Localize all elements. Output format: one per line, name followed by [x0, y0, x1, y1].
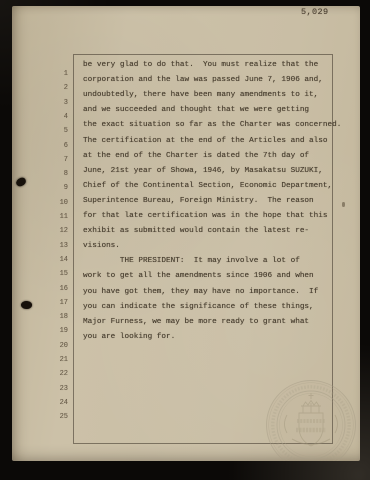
typed-text-line: Chief of the Continental Section, Econom…	[83, 182, 332, 191]
typed-text-line: undoubtedly, there have been many amendm…	[83, 91, 318, 100]
line-number: 10	[40, 199, 68, 207]
line-number: 17	[40, 299, 68, 307]
line-number: 7	[40, 156, 68, 164]
line-number: 5	[40, 127, 68, 135]
line-number: 6	[40, 142, 68, 150]
line-number: 22	[40, 370, 68, 378]
typed-text-line: at the end of the Charter is dated the 7…	[83, 152, 309, 161]
typed-text-line: work to get all the amendments since 190…	[83, 272, 314, 281]
line-number: 3	[40, 99, 68, 107]
binder-hole	[15, 177, 27, 188]
line-number: 23	[40, 385, 68, 393]
line-number: 14	[40, 256, 68, 264]
line-number: 8	[40, 170, 68, 178]
line-number: 19	[40, 327, 68, 335]
line-number: 1	[40, 70, 68, 78]
ink-speck	[342, 202, 345, 207]
line-number: 9	[40, 184, 68, 192]
line-number: 20	[40, 342, 68, 350]
typed-text-line: the exact situation so far as the Charte…	[83, 121, 341, 130]
line-number: 15	[40, 270, 68, 278]
typed-text-line: you can indicate the significance of the…	[83, 303, 314, 312]
line-number: 13	[40, 242, 68, 250]
line-number: 24	[40, 399, 68, 407]
typed-text-line: THE PRESIDENT: It may involve a lot of	[83, 257, 300, 266]
typed-text-line: The certification at the end of the Arti…	[83, 137, 328, 146]
line-number: 11	[40, 213, 68, 221]
typed-text-line: you are looking for.	[83, 333, 175, 342]
typed-text-line: Major Furness, we may be more ready to g…	[83, 318, 309, 327]
line-number: 18	[40, 313, 68, 321]
embossed-circular-seal-icon	[263, 377, 359, 461]
line-number: 21	[40, 356, 68, 364]
line-number: 2	[40, 84, 68, 92]
typed-text-line: and we succeeded and thought that we wer…	[83, 106, 309, 115]
typed-text-line: for that late certification was in the h…	[83, 212, 328, 221]
scanned-document-photo: 5,029 1234567891011121314151617181920212…	[0, 0, 370, 480]
line-number: 16	[40, 285, 68, 293]
line-number: 12	[40, 227, 68, 235]
typed-text-line: be very glad to do that. You must realiz…	[83, 61, 318, 70]
typed-text-line: Superintence Bureau, Foreign Ministry. T…	[83, 197, 314, 206]
typed-text-line: exhibit as submitted would contain the l…	[83, 227, 309, 236]
document-page: 5,029 1234567891011121314151617181920212…	[12, 6, 360, 461]
typed-text-line: June, 21st year of Showa, 1946, by Masak…	[83, 167, 323, 176]
line-number: 25	[40, 413, 68, 421]
typed-text-line: you have got them, they may have no impo…	[83, 288, 318, 297]
typed-text-line: corporation and the law was passed June …	[83, 76, 323, 85]
binder-hole	[20, 300, 32, 310]
page-number: 5,029	[301, 7, 349, 17]
typed-text-line: visions.	[83, 242, 120, 251]
line-number: 4	[40, 113, 68, 121]
